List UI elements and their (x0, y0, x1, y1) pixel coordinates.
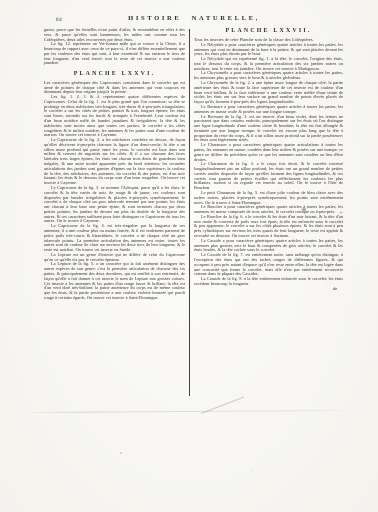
paragraph: Le petit Charanson de la fig. 5. est d'u… (194, 191, 343, 205)
ink-smudge (301, 207, 307, 212)
paper-speck (120, 452, 122, 454)
page-title: HISTOIRE NATURELLE, (44, 15, 344, 22)
paragraph: La Casside a pour caractères génériques … (194, 239, 343, 253)
paragraph: Le Bouclier de la fig. 6. a le corcelet … (194, 215, 343, 239)
paragraph: Le Capricorne de la fig. 2. a les mâchoi… (44, 138, 185, 186)
running-head: 84 HISTOIRE NATURELLE, (44, 15, 344, 26)
paragraph: Les caractères génériques des Capricorne… (44, 81, 185, 95)
paragraph: gueur, parce que les femelles n'ont poin… (44, 28, 185, 42)
page-number: 84 (56, 17, 62, 23)
paper-speck (252, 470, 254, 471)
text-columns: gueur, parce que les femelles n'ont poin… (44, 28, 344, 396)
book-page: 84 HISTOIRE NATURELLE, gueur, parce que … (0, 0, 378, 512)
paragraph: Le Charanson a pour caractères générique… (194, 143, 343, 162)
paper-crease (20, 410, 358, 413)
paragraph: La Lepture de la fig. 5. a un caractère … (44, 262, 185, 300)
left-column: gueur, parce que les femelles n'ont poin… (44, 28, 185, 396)
paragraph: Le Charanson de la fig. 4. a le corps fo… (194, 162, 343, 191)
paragraph: Le Capricorne de la fig. 3. se nomme l'A… (44, 186, 185, 224)
right-column: PLANCHE LXXVII.Tous les insectes de cett… (194, 28, 343, 396)
paragraph: Le Capricorne de la fig. 4. est très-sin… (44, 224, 185, 253)
paragraph: Les fig. 1. 2. 3. & 4. représentent quat… (44, 95, 185, 138)
paragraph: La Chrysomèle de la fig. 2. a une épine … (194, 81, 343, 105)
paragraph: La fig. 12. représente un Ver-luisant mâ… (44, 42, 185, 66)
paragraph: Le Nécydale qui est représenté fig. 1. a… (194, 57, 343, 71)
paragraph: Le Becmare de la fig. 3. est un insecte … (194, 115, 343, 144)
plate-heading: PLANCHE LXXVI. (44, 71, 185, 77)
paragraph: Le Nécydale a pour caractères génériques… (194, 43, 343, 57)
paragraph: La Casside de la fig. 7. est entièrement… (194, 253, 343, 277)
paragraph: La Casside de la fig. 8. a la tête entiè… (194, 277, 343, 287)
plate-heading: PLANCHE LXXVII. (194, 28, 343, 34)
ink-smudge (339, 211, 343, 214)
column-divider-rule (189, 29, 190, 396)
catchword: de (194, 287, 343, 292)
